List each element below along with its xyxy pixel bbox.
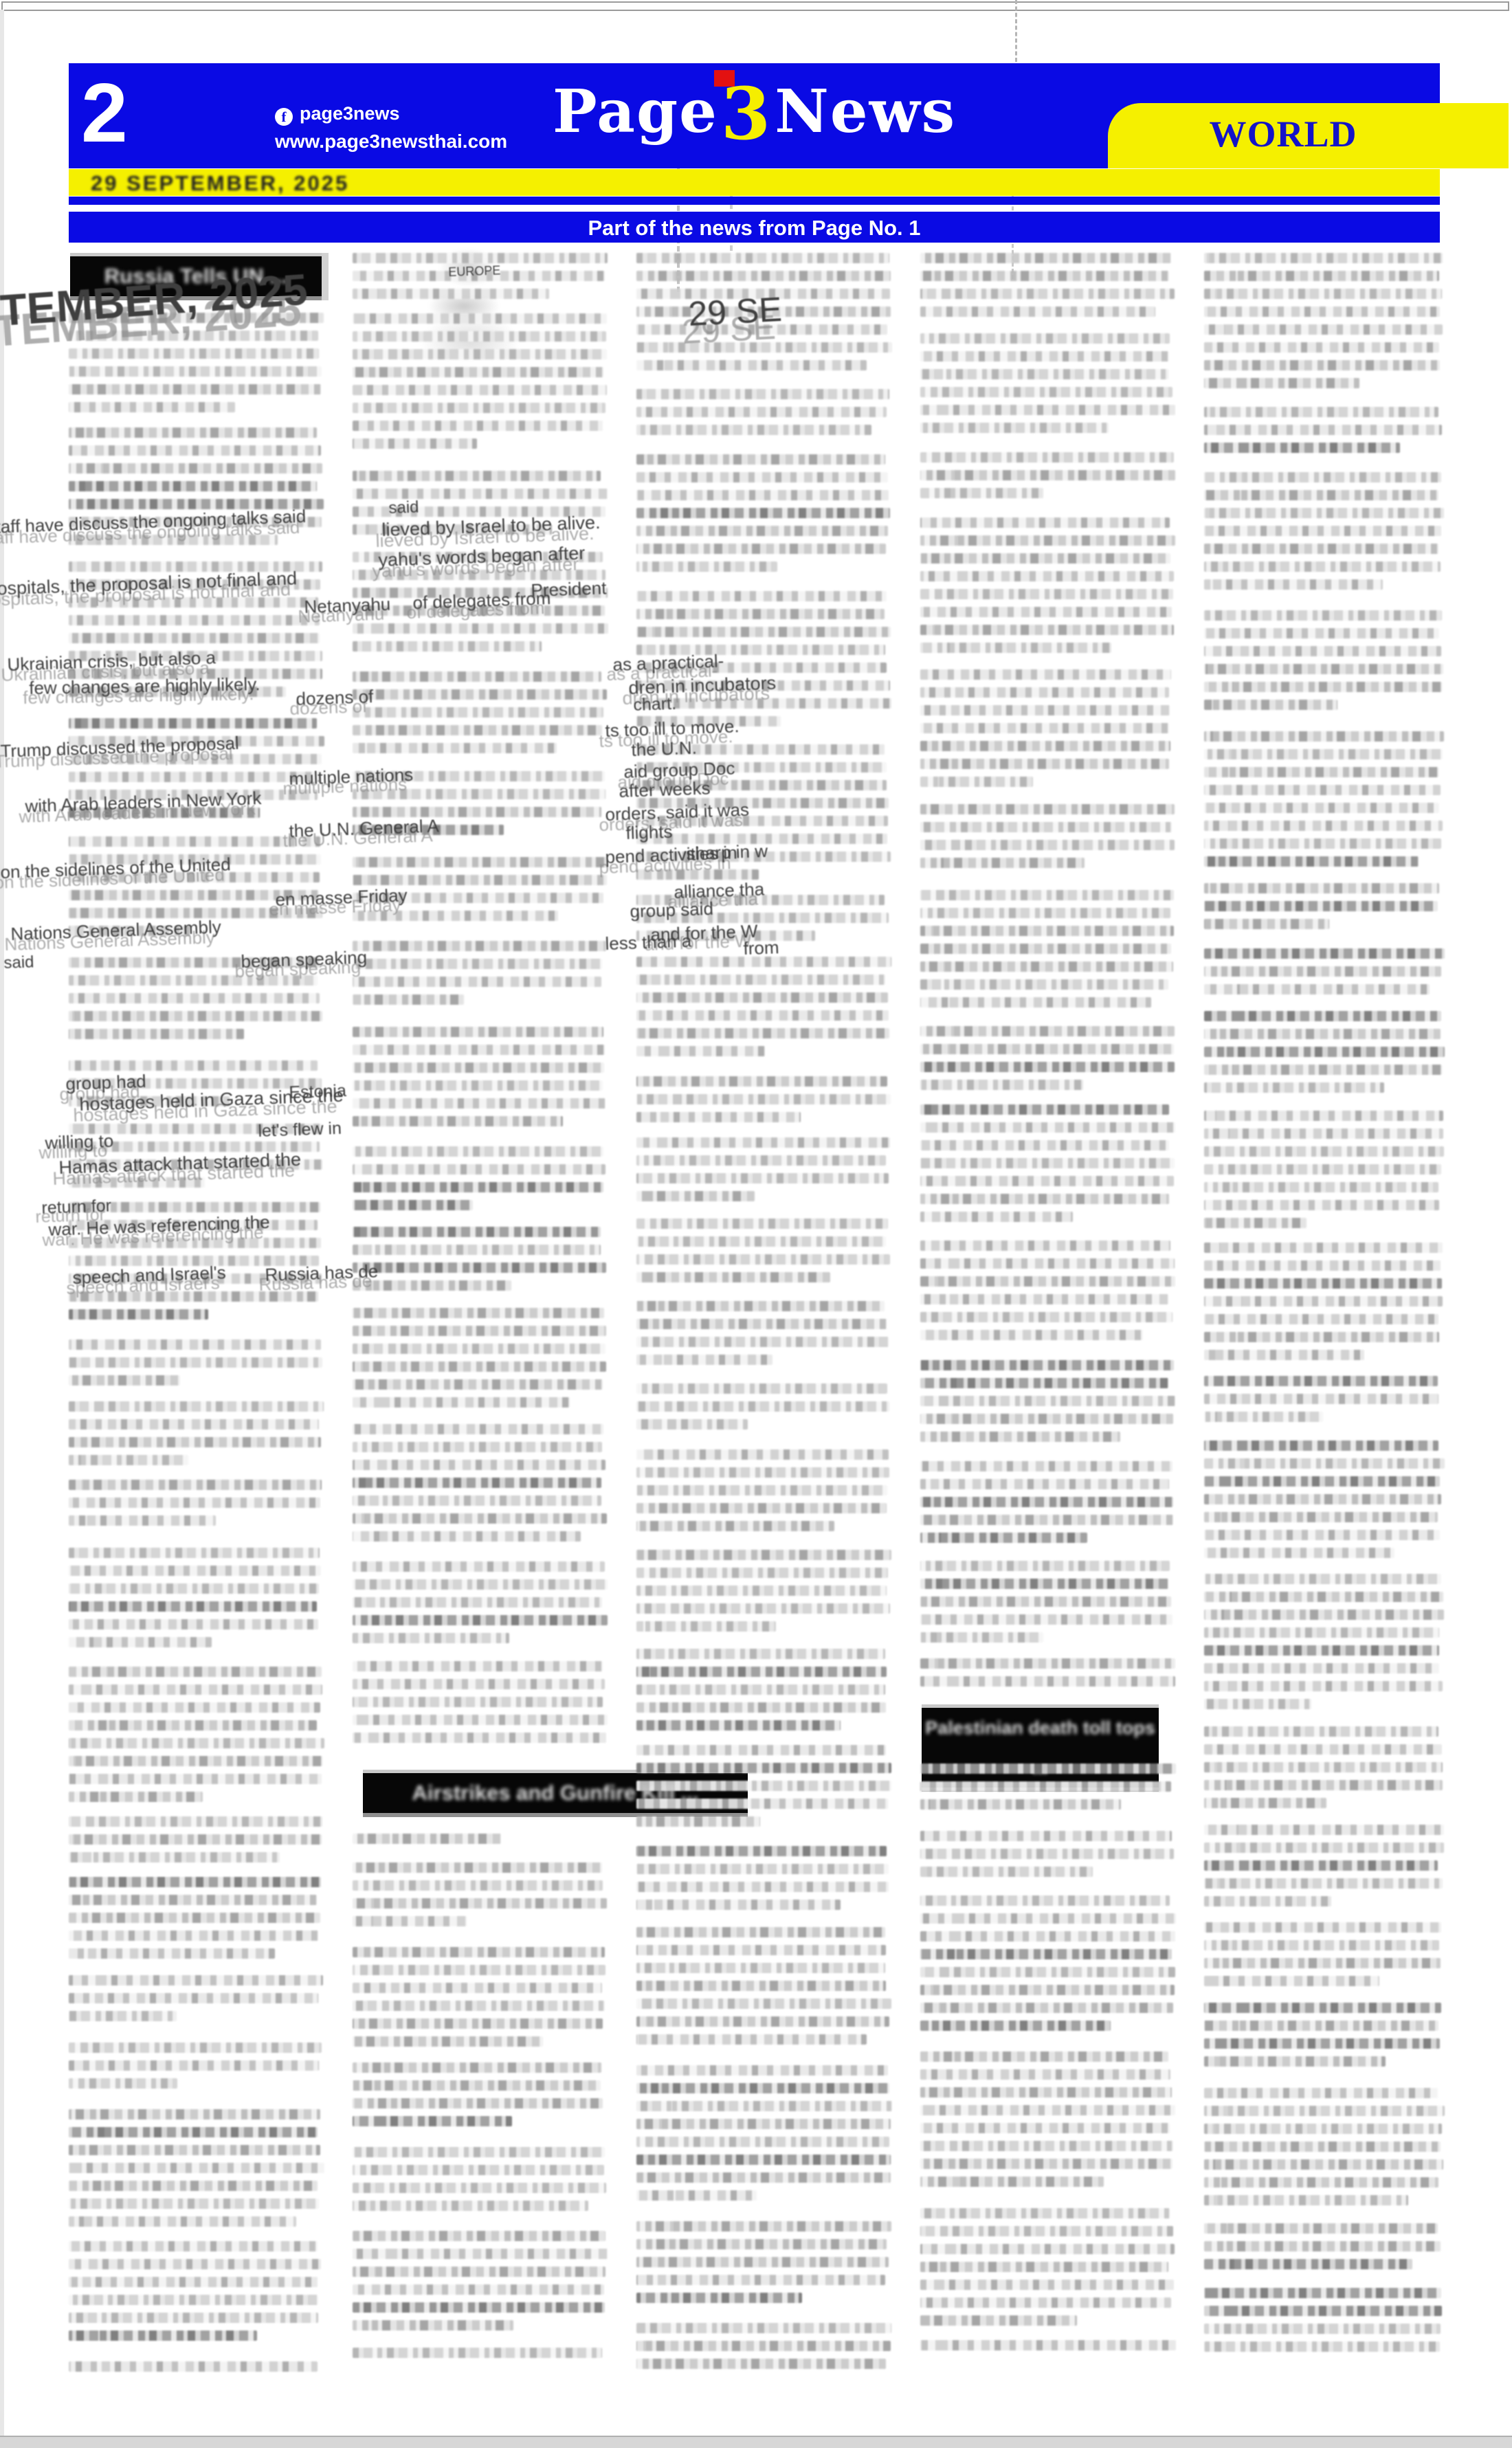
blurred-text-line	[69, 1583, 319, 1594]
glitch-text-fragment: 29 SE	[687, 289, 783, 334]
blurred-text-line	[920, 1396, 1175, 1406]
blurred-text-line	[1204, 2341, 1440, 2352]
glitch-text-fragment: began speaking	[241, 947, 368, 972]
blurred-text-line	[69, 366, 322, 377]
blurred-text-line	[69, 1738, 324, 1748]
blurred-text-line	[353, 1262, 606, 1273]
blurred-text-line	[353, 1916, 467, 1926]
blurred-text-line	[636, 2101, 892, 2111]
blurred-text-line	[69, 1684, 322, 1695]
blurred-text-line	[1204, 682, 1442, 692]
blurred-text-line	[1204, 1699, 1311, 1709]
blurred-text-line	[1204, 1645, 1439, 1656]
blurred-text-line	[920, 488, 1043, 498]
blurred-text-line	[353, 1965, 605, 1975]
blurred-text-line	[1204, 785, 1441, 795]
blurred-text-line	[1204, 2241, 1441, 2251]
blurred-text-line	[353, 1344, 605, 1354]
blurred-text-line	[920, 1561, 1170, 1571]
blurred-text-line	[353, 2018, 603, 2029]
blurred-text-line	[353, 1661, 603, 1671]
blurred-text-line	[1204, 948, 1445, 959]
blurred-text-line	[69, 2078, 177, 2089]
logo-part-3: 3	[718, 71, 775, 156]
blurred-text-line	[1204, 2124, 1442, 2134]
blurred-text-line	[69, 2199, 319, 2209]
blurred-text-line	[353, 2201, 588, 2211]
blurred-text-line	[636, 1799, 888, 1809]
blurred-text-line	[1204, 1047, 1445, 1057]
blurred-text-line	[920, 1330, 1143, 1340]
blurred-text-line	[1204, 2141, 1441, 2152]
blurred-text-line	[1204, 1681, 1443, 1691]
blurred-text-line	[1204, 984, 1430, 994]
blurred-text-line	[920, 1240, 1170, 1251]
blurred-text-line	[69, 1309, 208, 1320]
scan-edge-top	[1, 1, 1509, 11]
blurred-text-line	[1204, 360, 1440, 370]
blurred-text-line	[920, 423, 1109, 433]
blurred-text-line	[636, 1781, 891, 1791]
blurred-text-line	[353, 671, 601, 682]
blurred-text-line	[69, 445, 321, 456]
blurred-text-line	[1204, 1663, 1439, 1673]
blurred-text-line	[636, 1467, 889, 1478]
blurred-text-line	[1204, 1412, 1323, 1422]
blurred-text-line	[69, 348, 319, 359]
blurred-text-line	[69, 633, 320, 643]
blurred-text-line	[636, 454, 885, 465]
blurred-text-line	[1204, 1592, 1443, 1602]
blurred-text-line	[69, 1011, 322, 1021]
blurred-text-line	[920, 759, 1169, 769]
blurred-text-line	[920, 926, 1174, 936]
blurred-text-line	[353, 349, 607, 359]
blurred-text-line	[920, 1763, 1176, 1774]
blurred-text-line	[920, 1122, 1175, 1133]
blurred-text-line	[1204, 1574, 1441, 1584]
blurred-text-line	[636, 508, 890, 518]
blurred-text-line	[636, 1649, 885, 1659]
blurred-text-line	[636, 1355, 772, 1365]
blurred-text-line	[636, 1621, 776, 1632]
blurred-text-line	[920, 2123, 1170, 2133]
blurred-text-line	[1204, 856, 1419, 867]
blurred-text-line	[636, 1702, 886, 1713]
blurred-text-line	[636, 1763, 891, 1773]
headline-bar-3: Palestinian death toll tops ...	[922, 1704, 1159, 1792]
blurred-text-line	[636, 253, 889, 263]
blurred-text-line	[920, 1831, 1172, 1841]
blurred-text-line	[1204, 307, 1440, 317]
blurred-text-line	[69, 2313, 318, 2323]
blurred-text-line	[636, 1503, 887, 1513]
blurred-text-line	[353, 2302, 605, 2313]
blurred-text-line	[636, 2083, 889, 2093]
blurred-text-line	[636, 2155, 891, 2165]
blurred-text-line	[353, 1442, 602, 1452]
blurred-text-line	[69, 1720, 317, 1731]
glitch-text-fragment: Russia has de	[265, 1260, 379, 1286]
blurred-text-line	[920, 2021, 1111, 2031]
blurred-text-line	[636, 627, 891, 637]
blurred-text-line	[1204, 2159, 1443, 2170]
blurred-text-line	[1204, 508, 1444, 518]
blurred-text-line	[920, 705, 1170, 715]
blurred-text-line	[1204, 1726, 1438, 1737]
glitch-text-fragment: group said	[630, 898, 713, 922]
blurred-text-line	[920, 405, 1175, 415]
blurred-text-line	[353, 2062, 601, 2073]
blurred-text-line	[69, 2163, 324, 2173]
blurred-text-line	[920, 1258, 1175, 1269]
blurred-text-line	[920, 1849, 1174, 1859]
blurred-text-line	[920, 1658, 1175, 1669]
blurred-text-line	[353, 403, 605, 413]
blurred-text-line	[69, 993, 320, 1003]
blurred-text-line	[920, 625, 1174, 635]
blurred-text-line	[1204, 253, 1443, 263]
blurred-text-line	[69, 384, 321, 394]
blurred-text-line	[920, 1799, 1121, 1810]
blurred-text-line	[636, 1449, 889, 1460]
blurred-text-line	[920, 452, 1174, 463]
blurred-text-line	[636, 2016, 889, 2027]
blurred-text-line	[920, 1312, 1172, 1322]
blurred-text-line	[636, 2065, 888, 2076]
blurred-text-line	[636, 591, 887, 601]
glitch-text-fragment: said	[388, 498, 419, 518]
blurred-text-line	[920, 2105, 1175, 2115]
blurred-text-line	[353, 977, 601, 987]
blurred-text-line	[69, 1774, 322, 1784]
blurred-text-line	[353, 623, 608, 634]
glitch-text-fragment: after weeks	[619, 777, 711, 802]
glitch-text-fragment: from	[743, 937, 779, 959]
blurred-text-line	[353, 331, 606, 342]
blurred-text-line	[636, 389, 889, 399]
blurred-text-line	[353, 941, 606, 951]
blurred-text-line	[920, 470, 1175, 480]
blurred-text-line	[636, 544, 886, 554]
glitch-text-fragment: said	[3, 953, 34, 973]
blurred-text-line	[1204, 472, 1441, 482]
blurred-text-line	[1204, 1111, 1443, 1121]
blurred-text-line	[636, 1585, 887, 1596]
blurred-text-line	[920, 858, 1085, 868]
blurred-text-line	[69, 1975, 323, 1985]
blurred-text-line	[1204, 1082, 1384, 1093]
blurred-text-line	[353, 1146, 603, 1157]
blurred-text-line	[353, 743, 557, 753]
blurred-text-line	[920, 1579, 1168, 1589]
blurred-text-line	[636, 1720, 841, 1731]
blurred-text-line	[636, 1882, 889, 1892]
blurred-text-line	[1204, 1843, 1444, 1853]
blurred-text-line	[353, 289, 549, 299]
blurred-text-line	[636, 1568, 888, 1578]
blurred-text-line	[636, 2172, 891, 2183]
blurred-text-line	[636, 1550, 891, 1560]
blurred-text-line	[920, 2262, 1168, 2272]
blurred-text-line	[636, 1419, 748, 1429]
glitch-text-fragment: multiple nations	[289, 764, 414, 790]
blurred-text-line	[636, 2275, 885, 2285]
blurred-text-line	[636, 1094, 891, 1104]
blurred-text-line	[1204, 1780, 1443, 1790]
blurred-text-line	[636, 1076, 887, 1087]
blurred-text-line	[69, 1601, 317, 1612]
blurred-text-line	[920, 979, 1168, 990]
blurred-text-line	[1204, 646, 1441, 656]
blurred-text-line	[1204, 2177, 1438, 2188]
blurred-text-line	[69, 1401, 324, 1412]
blurred-text-line	[69, 2109, 320, 2119]
glitch-text-fragment: flights	[625, 821, 673, 844]
logo-part-news: News	[775, 77, 956, 146]
blurred-text-line	[920, 1080, 1083, 1090]
blurred-text-line	[636, 1521, 834, 1531]
blurred-text-line	[636, 1337, 889, 1347]
blurred-text-line	[636, 2119, 891, 2129]
blurred-text-line	[1204, 1825, 1444, 1835]
blurred-text-line	[920, 741, 1170, 751]
blurred-text-line	[1204, 2195, 1408, 2205]
blurred-text-line	[1204, 1976, 1379, 1986]
blurred-text-line	[353, 1308, 604, 1318]
blurred-text-line	[920, 535, 1175, 546]
blurred-text-line	[1204, 443, 1400, 453]
blurred-text-line	[1204, 2306, 1442, 2316]
blurred-text-line	[636, 1603, 890, 1614]
blurred-text-line	[636, 1236, 886, 1247]
blurred-text-line	[69, 2295, 318, 2305]
blurred-text-line	[353, 1116, 563, 1126]
glitch-text-fragment: Netanyahu	[304, 594, 391, 618]
blurred-text-line	[920, 1044, 1174, 1054]
glitch-text-fragment: the U.N.	[631, 737, 697, 761]
glitch-text-fragment: group had	[65, 1071, 146, 1095]
blurred-text-line	[1204, 1896, 1331, 1906]
blurred-text-line	[636, 2359, 886, 2369]
blurred-text-line	[1204, 561, 1441, 572]
blurred-text-line	[353, 421, 603, 431]
headline-3-text: Palestinian death toll tops ...	[922, 1708, 1159, 1788]
blurred-text-line	[920, 2003, 1173, 2013]
glitch-text-fragment: few changes are highly likely.	[29, 674, 260, 699]
blurred-text-line	[920, 553, 1170, 564]
blurred-text-line	[1204, 1878, 1443, 1889]
blurred-text-line	[920, 333, 1170, 344]
blurred-text-line	[353, 707, 603, 717]
blurred-text-line	[636, 1485, 887, 1495]
blurred-text-line	[69, 1375, 180, 1386]
blurred-text-line	[636, 1010, 889, 1021]
blurred-text-line	[69, 2181, 318, 2191]
blurred-text-line	[69, 2361, 318, 2372]
blurred-text-line	[920, 1867, 1093, 1877]
blurred-text-line	[920, 1158, 1175, 1168]
blurred-text-line	[353, 1098, 605, 1109]
blurred-text-line	[353, 2165, 604, 2175]
blurred-text-line	[920, 387, 1172, 397]
blurred-text-line	[353, 1478, 601, 1488]
blurred-text-line	[920, 1913, 1176, 1924]
blurred-text-line	[1204, 1922, 1441, 1933]
blurred-text-line	[636, 1112, 801, 1122]
blurred-text-line	[1204, 544, 1438, 554]
blurred-text-line	[920, 1212, 1073, 1222]
blurred-text-line	[636, 1401, 889, 1412]
blurred-text-line	[1204, 1128, 1443, 1139]
blurred-text-line	[920, 804, 1175, 814]
blurred-text-line	[353, 2284, 604, 2295]
blurred-text-line	[353, 959, 602, 969]
blurred-text-line	[1204, 2288, 1441, 2298]
blurred-text-line	[69, 2277, 318, 2287]
blurred-text-line	[636, 2221, 891, 2232]
blurred-text-line	[353, 875, 607, 885]
blurred-text-line	[636, 609, 885, 619]
blurred-text-line	[353, 994, 464, 1005]
blurred-text-line	[920, 2244, 1175, 2254]
blurred-text-line	[920, 289, 1175, 299]
blurred-text-line	[1204, 2056, 1386, 2067]
blurred-text-line	[1204, 1512, 1438, 1522]
blurred-text-line	[920, 2340, 1176, 2350]
masthead: 2 fpage3news www.page3newsthai.com Page3…	[69, 63, 1440, 168]
blurred-text-line	[1204, 1798, 1326, 1808]
blurred-text-line	[636, 975, 885, 985]
blurred-text-line	[69, 1895, 317, 1905]
blurred-text-line	[353, 2320, 513, 2330]
blurred-text-line	[920, 369, 1168, 379]
blurred-text-line	[1204, 1476, 1440, 1487]
blurred-text-line	[920, 1461, 1172, 1471]
blurred-text-line	[69, 2330, 257, 2341]
blurred-text-line	[920, 2051, 1168, 2062]
blurred-text-line	[353, 807, 601, 817]
blurred-text-line	[1204, 2106, 1445, 2116]
blurred-text-line	[636, 526, 888, 536]
subheader-bar: Part of the news from Page No. 1	[69, 212, 1440, 243]
glitch-text-fragment: as a practical-	[612, 650, 724, 676]
blurred-text-line	[636, 407, 887, 417]
blurred-text-line	[69, 427, 317, 438]
blurred-text-line	[920, 687, 1169, 698]
blurred-text-line	[69, 1667, 322, 1677]
blurred-text-line	[920, 1515, 1173, 1525]
blurred-text-line	[1204, 1860, 1438, 1871]
blurred-text-line	[353, 1200, 473, 1210]
blurred-text-line	[1204, 1494, 1441, 1504]
blurred-text-line	[636, 2137, 889, 2147]
blurred-text-line	[1204, 1164, 1441, 1175]
blurred-text-line	[636, 2034, 867, 2045]
blurred-text-line	[1204, 1376, 1438, 1386]
blurred-text-line	[1204, 526, 1441, 536]
blurred-text-line	[353, 471, 601, 481]
glitch-text-fragment: willing to	[45, 1131, 114, 1154]
blurred-text-line	[920, 1194, 1169, 1204]
blurred-text-line	[69, 1419, 319, 1429]
blurred-text-line	[353, 313, 607, 324]
scan-edge-bottom	[0, 2436, 1512, 2448]
blurred-text-line	[1204, 1627, 1439, 1638]
blurred-text-line	[1204, 2088, 1438, 2098]
blurred-text-line	[636, 2190, 757, 2201]
blurred-text-line	[636, 1219, 888, 1229]
blurred-text-line	[920, 961, 1173, 972]
blurred-text-line	[353, 1633, 509, 1643]
blurred-text-line	[920, 1360, 1174, 1370]
blurred-text-line	[1204, 883, 1439, 893]
blurred-text-line	[1204, 1296, 1443, 1306]
blurred-text-line	[636, 1155, 886, 1166]
blurred-text-line	[69, 1637, 212, 1647]
blurred-text-line	[1204, 749, 1443, 759]
blurred-text-line	[353, 438, 477, 449]
issue-date: 29 SEPTEMBER, 2025	[91, 171, 349, 196]
blurred-text-line	[353, 1597, 602, 1607]
blurred-text-line	[920, 253, 1171, 263]
blurred-text-line	[636, 360, 867, 370]
blurred-text-line	[920, 1140, 1169, 1150]
blurred-text-line	[920, 271, 1169, 281]
blurred-text-line	[920, 1781, 1171, 1792]
blurred-text-line	[1204, 1314, 1438, 1324]
blurred-text-line	[353, 2267, 605, 2277]
blurred-text-line	[1204, 1218, 1307, 1228]
blurred-text-line	[69, 1702, 320, 1713]
blurred-text-line	[1204, 731, 1444, 742]
blurred-text-line	[1204, 1394, 1438, 1404]
blurred-text-line	[69, 1060, 318, 1071]
blurred-text-line	[636, 2293, 802, 2303]
blurred-text-line	[920, 890, 1174, 900]
blurred-text-line	[1204, 1029, 1441, 1039]
blurred-text-line	[353, 1062, 604, 1073]
blurred-text-line	[920, 1596, 1171, 1607]
blurred-text-line	[1204, 1530, 1440, 1540]
blurred-text-line	[1204, 2021, 1438, 2031]
blurred-text-line	[920, 607, 1172, 617]
blurred-text-line	[636, 2239, 887, 2249]
blurred-text-line	[920, 1985, 1175, 1995]
blurred-text-line	[353, 1834, 501, 1844]
blurred-text-line	[920, 2177, 1104, 2187]
blurred-text-line	[69, 1339, 321, 1350]
blurred-text-line	[920, 944, 1171, 954]
blurred-text-line	[69, 1548, 320, 1558]
blurred-text-line	[1204, 628, 1439, 638]
blurred-text-line	[1204, 1548, 1394, 1558]
blurred-text-line	[636, 1846, 887, 1856]
blurred-text-line	[920, 1378, 1168, 1388]
blurred-text-line	[1204, 901, 1438, 911]
blurred-text-line	[69, 1834, 322, 1845]
blurred-text-line	[920, 518, 1170, 528]
blurred-text-line	[69, 1480, 322, 1490]
blurred-text-line	[1204, 821, 1443, 831]
blurred-text-line	[353, 857, 607, 867]
date-strip: 29 SEPTEMBER, 2025	[69, 169, 1440, 196]
blurred-text-line	[920, 1479, 1169, 1489]
blurred-text-line	[353, 1715, 608, 1725]
divider-line	[69, 197, 1440, 205]
blurred-text-line	[636, 472, 888, 482]
blurred-text-line	[1204, 1440, 1438, 1451]
